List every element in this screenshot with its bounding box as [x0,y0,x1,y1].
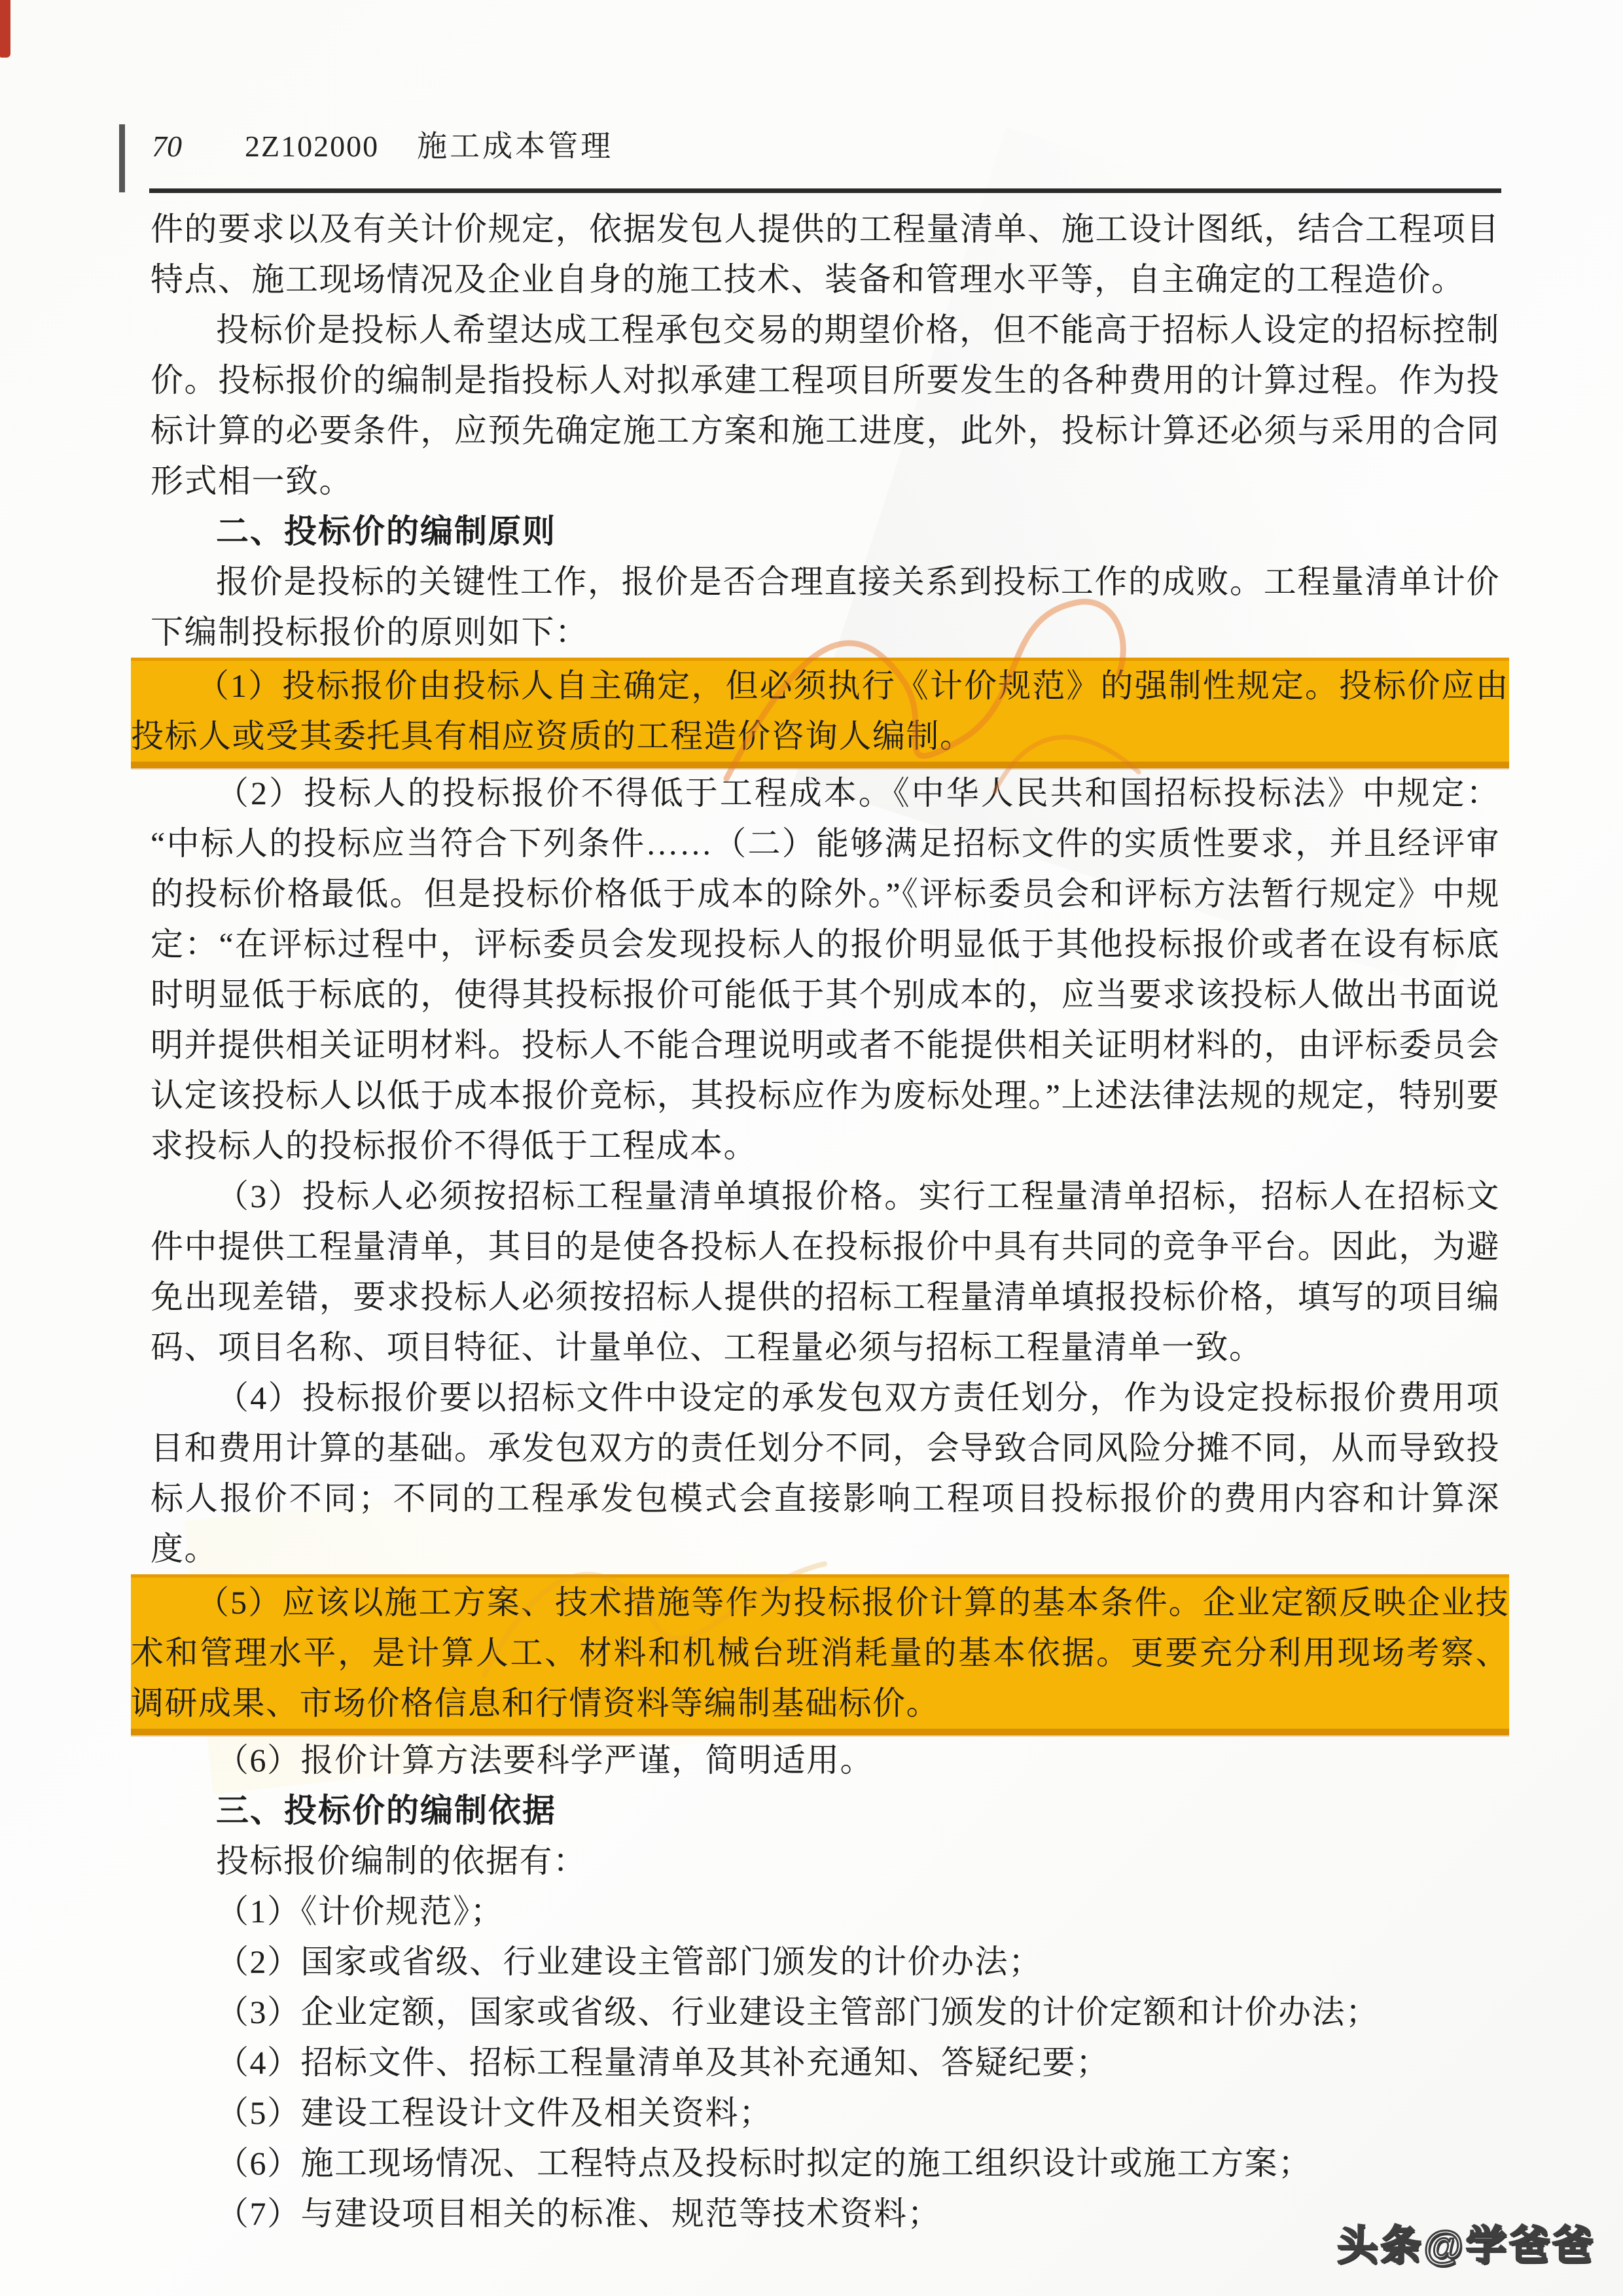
section-heading-principles: 二、投标价的编制原则 [151,506,1500,557]
highlighted-principle-1: （1）投标报价由投标人自主确定，但必须执行《计价规范》的强制性规定。投标价应由投… [131,658,1509,768]
paragraph-principle-2: （2）投标人的投标报价不得低于工程成本。《中华人民共和国招标投标法》中规定：“中… [151,768,1500,1171]
paragraph-principle-4: （4）投标报价要以招标文件中设定的承发包双方责任划分，作为设定投标报价费用项目和… [151,1373,1500,1574]
paragraph-basis-intro: 投标报价编制的依据有： [151,1836,1500,1886]
paragraph-continuation: 件的要求以及有关计价规定，依据发包人提供的工程量清单、施工设计图纸，结合工程项目… [151,204,1500,305]
basis-item: （5）建设工程设计文件及相关资料； [151,2088,1500,2138]
page-number: 70 [152,128,182,165]
paragraph-principle-3: （3）投标人必须按招标工程量清单填报价格。实行工程量清单招标，招标人在招标文件中… [151,1171,1500,1373]
highlighted-principle-5: （5）应该以施工方案、技术措施等作为投标报价计算的基本条件。企业定额反映企业技术… [131,1574,1509,1735]
course-title: 施工成本管理 [417,128,613,165]
page-body: 件的要求以及有关计价规定，依据发包人提供的工程量清单、施工设计图纸，结合工程项目… [151,204,1500,2239]
red-corner-mark [0,0,10,58]
paragraph-principle-6: （6）报价计算方法要科学严谨，简明适用。 [151,1735,1500,1786]
section-heading-basis: 三、投标价的编制依据 [151,1786,1500,1836]
basis-item: （1）《计价规范》； [151,1886,1500,1937]
paragraph-bid-price-definition: 投标价是投标人希望达成工程承包交易的期望价格，但不能高于招标人设定的招标控制价。… [151,305,1500,506]
basis-item: （6）施工现场情况、工程特点及投标时拟定的施工组织设计或施工方案； [151,2138,1500,2189]
watermark-toutiao-xuebaba: 头条@学爸爸 [1338,2213,1596,2271]
basis-item: （2）国家或省级、行业建设主管部门颁发的计价办法； [151,1937,1500,1987]
header-rule [149,188,1501,193]
course-code: 2Z102000 [245,128,379,165]
paragraph-principles-intro: 报价是投标的关键性工作，报价是否合理直接关系到投标工作的成败。工程量清单计价下编… [151,557,1500,658]
page-header: 70 2Z102000 施工成本管理 [152,128,1500,165]
scanned-textbook-page: 70 2Z102000 施工成本管理 件的要求以及有关计价规定，依据发包人提供的… [0,0,1623,2296]
basis-item: （4）招标文件、招标工程量清单及其补充通知、答疑纪要； [151,2038,1500,2088]
fold-line-mark [119,124,125,192]
basis-item: （3）企业定额，国家或省级、行业建设主管部门颁发的计价定额和计价办法； [151,1987,1500,2038]
basis-item: （7）与建设项目相关的标准、规范等技术资料； [151,2189,1500,2239]
